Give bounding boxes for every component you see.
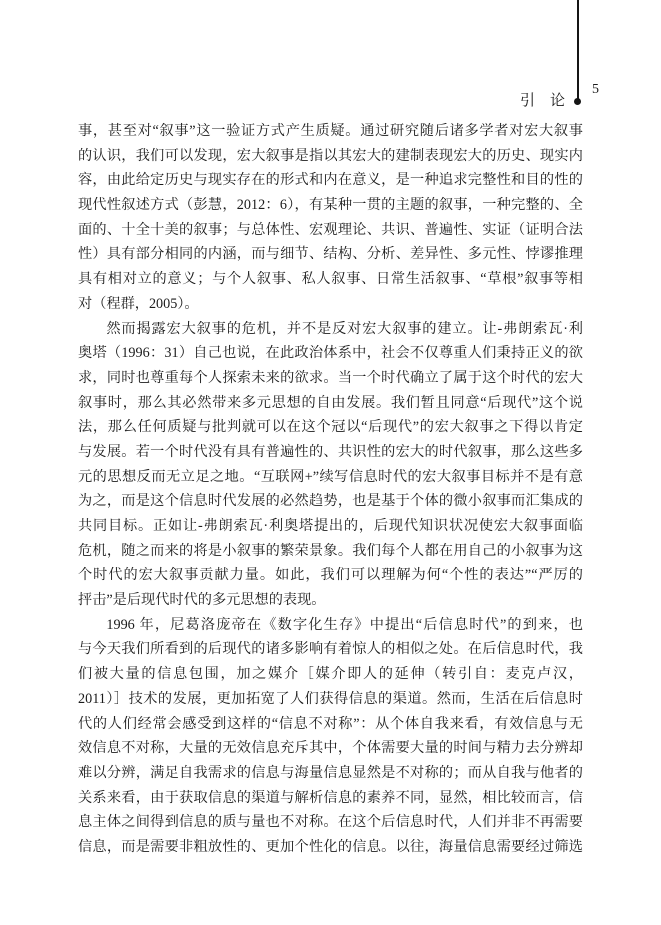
text-block: 事，甚至对“叙事”这一验证方式产生质疑。通过研究随后诸多学者对宏大叙事的认识，我… — [78, 119, 583, 860]
text-line: 奥塔（1996：31）自己也说，在此政治体系中，社会不仅尊重人们秉持正义的欲 — [78, 341, 583, 366]
text-line: 具有相对立的意义；与个人叙事、私人叙事、日常生活叙事、“草根”叙事等相 — [78, 267, 583, 292]
book-page: 引 论 5 事，甚至对“叙事”这一验证方式产生质疑。通过研究随后诸多学者对宏大叙… — [0, 0, 661, 925]
text-line: 危机，随之而来的将是小叙事的繁荣景象。我们每个人都在用自己的小叙事为这 — [78, 539, 583, 564]
text-line: 息主体之间得到信息的质与量也不对称。在这个后信息时代，人们并非不再需要 — [78, 810, 583, 835]
text-line: 求，同时也尊重每个人探索未来的欲求。当一个时代确立了属于这个时代的宏大 — [78, 366, 583, 391]
text-line: 法，那么任何质疑与批判就可以在这个冠以“后现代”的宏大叙事之下得以肯定 — [78, 415, 583, 440]
text-line: 效信息不对称，大量的无效信息充斥其中，个体需要大量的时间与精力去分辨却 — [78, 736, 583, 761]
header-bullet-icon — [574, 98, 581, 105]
text-line: 现代性叙述方式（彭慧，2012：6），有某种一贯的主题的叙事，一种完整的、全 — [78, 193, 583, 218]
text-line: 代的人们经常会感受到这样的“信息不对称”：从个体自我来看，有效信息与无 — [78, 712, 583, 737]
text-line: 与发展。若一个时代没有具有普遍性的、共识性的宏大的时代叙事，那么这些多 — [78, 440, 583, 465]
text-line: 的认识，我们可以发现，宏大叙事是指以其宏大的建制表现宏大的历史、现实内 — [78, 144, 583, 169]
text-line: 信息，而是需要非粗放性的、更加个性化的信息。以往，海量信息需要经过筛选 — [78, 835, 583, 860]
text-line: 性）具有部分相同的内涵，而与细节、结构、分析、差异性、多元性、悖谬推理 — [78, 242, 583, 267]
text-line: 元的思想反而无立足之地。“互联网+”续写信息时代的宏大叙事目标并不是有意 — [78, 465, 583, 490]
text-line: 面的、十全十美的叙事；与总体性、宏观理论、共识、普遍性、实证（证明合法 — [78, 218, 583, 243]
text-line: 叙事时，那么其必然带来多元思想的自由发展。我们暂且同意“后现代”这个说 — [78, 391, 583, 416]
text-line: 关系来看，由于获取信息的渠道与解析信息的素养不同，显然，相比较而言，信 — [78, 786, 583, 811]
text-line: 容，由此给定历史与现实存在的形式和内在意义，是一种追求完整性和目的性的 — [78, 168, 583, 193]
text-line: 事，甚至对“叙事”这一验证方式产生质疑。通过研究随后诸多学者对宏大叙事 — [78, 119, 583, 144]
text-line: 2011）］技术的发展，更加拓宽了人们获得信息的渠道。然而，生活在后信息时 — [78, 687, 583, 712]
text-line: 共同目标。正如让-弗朗索瓦·利奥塔提出的，后现代知识状况使宏大叙事面临 — [78, 514, 583, 539]
page-number: 5 — [592, 82, 599, 98]
text-line: 个时代的宏大叙事贡献力量。如此，我们可以理解为何“个性的表达”“严厉的 — [78, 563, 583, 588]
header-vertical-rule — [577, 0, 579, 100]
text-line: 难以分辨，满足自我需求的信息与海量信息显然是不对称的；而从自我与他者的 — [78, 761, 583, 786]
text-line: 1996 年，尼葛洛庞帝在《数字化生存》中提出“后信息时代”的到来，也 — [78, 613, 583, 638]
text-line: 对（程群，2005）。 — [78, 292, 583, 317]
text-line: 们被大量的信息包围，加之媒介［媒介即人的延伸（转引自：麦克卢汉， — [78, 662, 583, 687]
text-line: 为之，而是这个信息时代发展的必然趋势，也是基于个体的微小叙事而汇集成的 — [78, 489, 583, 514]
text-line: 与今天我们所看到的后现代的诸多影响有着惊人的相似之处。在后信息时代，我 — [78, 637, 583, 662]
text-line: 抨击”是后现代时代的多元思想的表现。 — [78, 588, 583, 613]
text-line: 然而揭露宏大叙事的危机，并不是反对宏大叙事的建立。让-弗朗索瓦·利 — [78, 317, 583, 342]
running-head: 引 论 — [520, 89, 565, 110]
